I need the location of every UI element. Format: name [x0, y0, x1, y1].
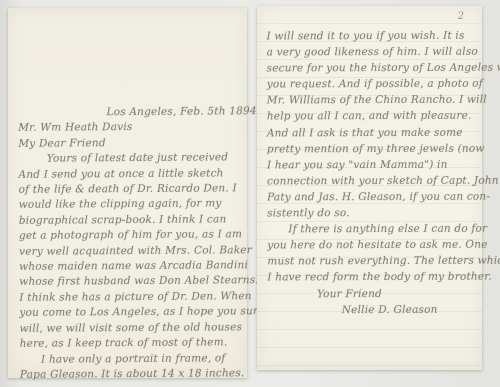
handwriting-line: of the life & death of Dr. Ricardo Den. …	[19, 181, 245, 198]
handwriting-line: very well acquainted with Mrs. Col. Bake…	[19, 243, 245, 260]
handwriting-line: I think she has a picture of Dr. Den. Wh…	[19, 289, 245, 306]
handwriting-line: I will send it to you if you wish. It is	[266, 28, 479, 45]
handwriting-lines-page-2: I will send it to you if you wish. It is…	[266, 28, 480, 318]
handwriting-line: Papa Gleason. It is about 14 x 18 inches…	[20, 366, 246, 383]
handwriting-line: must not rush everything. The letters wh…	[267, 253, 480, 270]
handwriting-line: a very good likeness of him. I will also	[267, 44, 480, 61]
handwriting-line: Mr. Williams of the Chino Rancho. I will	[267, 92, 480, 109]
handwriting-line: I have only a portrait in frame, of	[20, 351, 246, 368]
handwriting-line: biographical scrap-book. I think I can	[19, 212, 245, 229]
scanned-letter-photo: Los Angeles, Feb. 5th 1894Mr. Wm Heath D…	[0, 0, 500, 387]
handwriting-line: And I send you at once a little sketch	[18, 166, 244, 183]
handwriting-line: whose first husband was Don Abel Stearns…	[19, 274, 245, 291]
handwriting-line: Paty and Jas. H. Gleason, if you can con…	[267, 189, 480, 206]
handwriting-line: I hear you say "vain Mamma") in	[267, 156, 480, 173]
handwriting-line: here, as I keep track of most of them.	[20, 335, 246, 352]
handwriting-line: Your Friend	[267, 285, 480, 302]
handwriting-line: you come to Los Angeles, as I hope you s…	[19, 304, 245, 321]
handwriting-line: If there is anything else I can do for	[267, 221, 480, 238]
handwriting-line: Nellie D. Gleason	[267, 301, 480, 318]
handwriting-line: secure for you the history of Los Angele…	[267, 60, 480, 77]
handwriting-line: you here do not hesitate to ask me. One	[267, 237, 480, 254]
handwriting-line: And all I ask is that you make some	[267, 124, 480, 141]
handwriting-lines-page-1: Los Angeles, Feb. 5th 1894Mr. Wm Heath D…	[18, 104, 246, 383]
handwriting-line: pretty mention of my three jewels (now	[267, 140, 480, 157]
handwriting-line: Los Angeles, Feb. 5th 1894	[18, 104, 244, 121]
handwriting-line: whose maiden name was Arcadia Bandini	[19, 258, 245, 275]
page-number: 2	[458, 11, 464, 22]
handwriting-line: I have recd form the body of my brother.	[267, 269, 480, 286]
handwriting-line: My Dear Friend	[18, 135, 244, 152]
handwriting-line: connection with your sketch of Capt. Joh…	[267, 172, 480, 189]
handwriting-line: sistently do so.	[267, 205, 480, 222]
handwriting-line: will, we will visit some of the old hous…	[20, 320, 246, 337]
handwriting-line: Yours of latest date just received	[18, 150, 244, 167]
handwriting-line: you request. And if possible, a photo of	[267, 76, 480, 93]
handwriting-line: get a photograph of him for you, as I am	[19, 227, 245, 244]
handwriting-line: help you all I can, and with pleasure.	[267, 108, 480, 125]
handwriting-line: would like the clipping again, for my	[19, 197, 245, 214]
letter-page-2: 2 I will send it to you if you wish. It …	[257, 6, 482, 370]
letter-page-1: Los Angeles, Feb. 5th 1894Mr. Wm Heath D…	[8, 8, 247, 378]
handwriting-line: Mr. Wm Heath Davis	[18, 120, 244, 137]
